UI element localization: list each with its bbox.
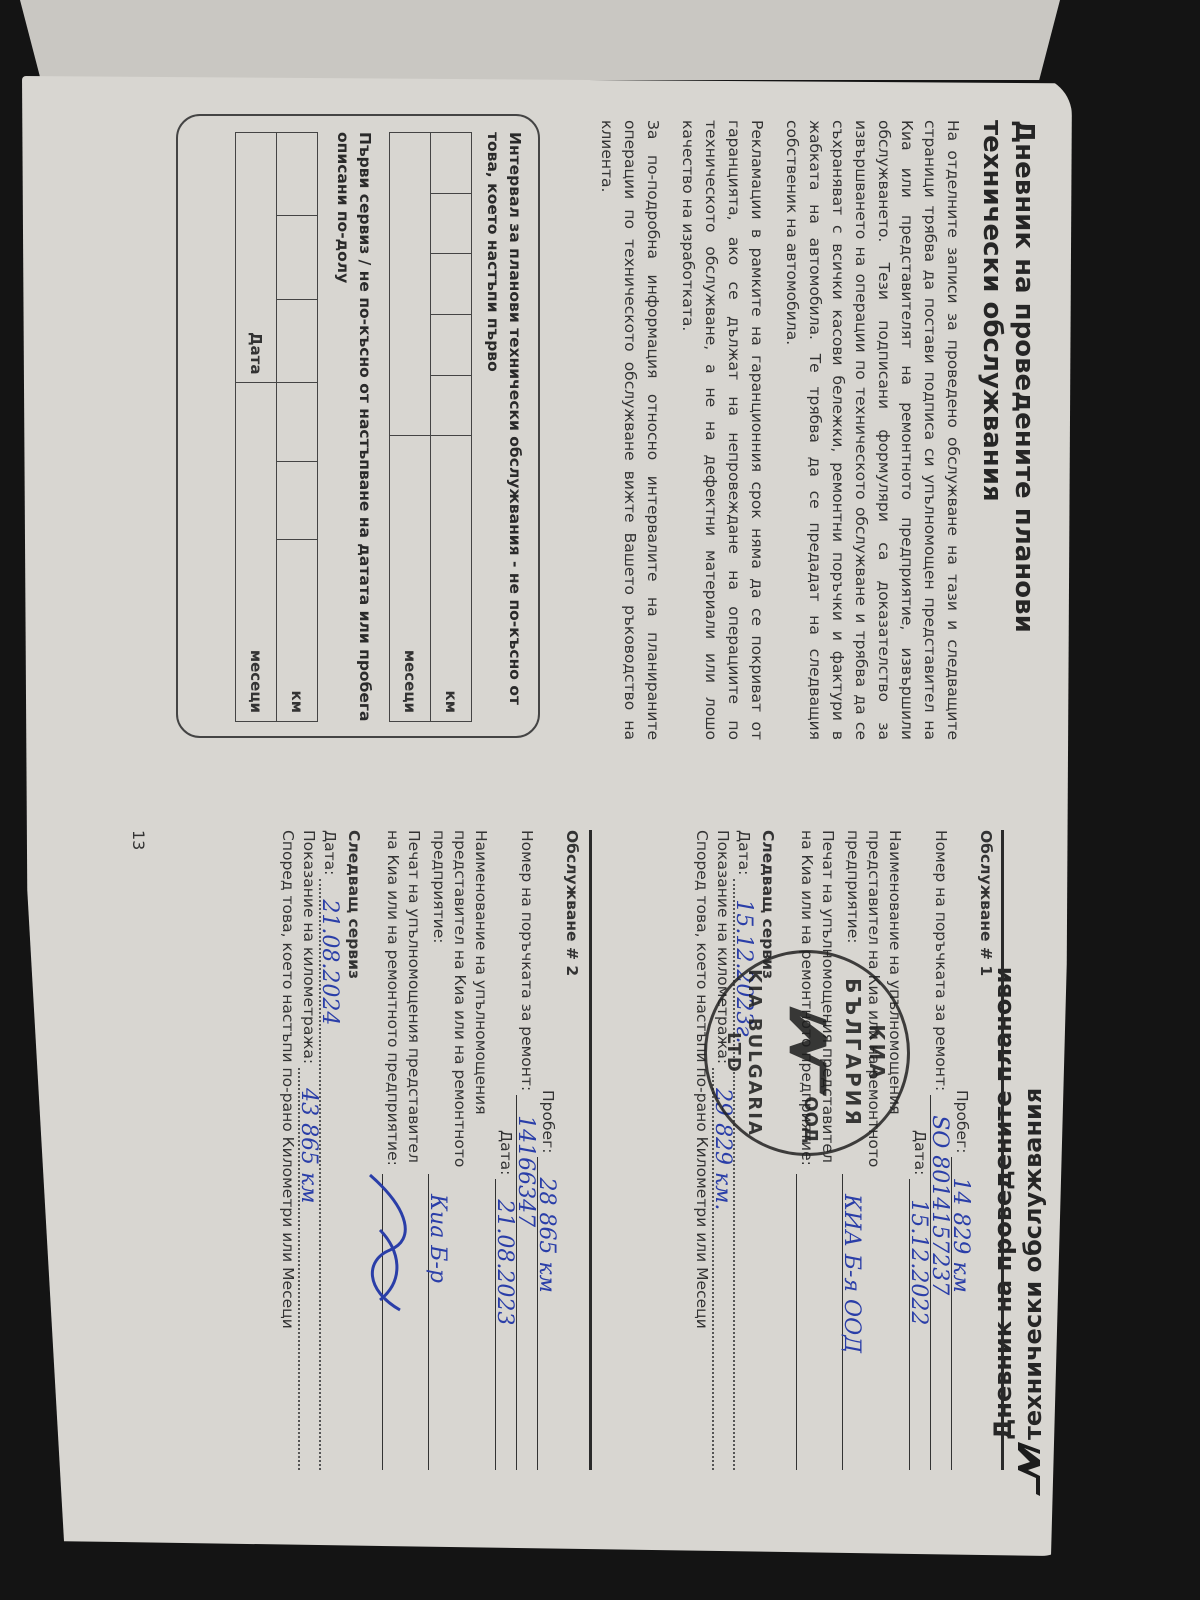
next-service-heading: Следващ сервиз [343, 830, 364, 1470]
booklet-spread: Дневник на проведените планови техническ… [100, 90, 1060, 1530]
left-page: Дневник на проведените планови техническ… [100, 90, 1060, 790]
repair-order-field: Номер на поръчката за ремонт: 14166347 [516, 830, 537, 1470]
next-service-note: Според това, което настъпи по-рано Килом… [691, 830, 712, 1470]
km-cell[interactable] [277, 299, 318, 383]
km-label: км [277, 540, 318, 722]
km-cell[interactable] [431, 193, 472, 254]
mileage-field: Пробег: 14 829 км [951, 830, 972, 1470]
dealer-stamp-field: Печат на упълномощения представител на К… [382, 830, 424, 1470]
km-cell[interactable] [277, 461, 318, 539]
handwritten-value: 15.12.2022 [908, 1199, 929, 1325]
page-title: Дневник на проведените планови техническ… [976, 120, 1040, 760]
paragraph: За по-подробна информация относно интерв… [595, 120, 664, 740]
page-title-mirrored: Дневник на проведените планови техническ… [988, 820, 1048, 1440]
repair-order-field: Номер на поръчката за ремонт: SO 8014157… [930, 830, 951, 1470]
dealer-name-field: Наименование на упълномощения представит… [428, 830, 491, 1470]
service-heading: Обслужване # 1 [975, 830, 996, 1470]
kia-logo-icon [781, 1003, 835, 1103]
previous-page-edge [20, 0, 1060, 80]
km-cell[interactable] [431, 133, 472, 194]
km-cell[interactable] [431, 375, 472, 436]
interval-table: км месеци [389, 132, 472, 722]
table-row: км [431, 133, 472, 722]
dealer-stamp: КИА БЪЛГАРИЯ ООД KIA BULGARIA LTD [704, 950, 910, 1156]
handwritten-value: 43 865 км [298, 1088, 319, 1203]
section-rule [589, 830, 592, 1470]
date-label: Дата [236, 133, 277, 383]
paragraph: На отделните записи за проведено обслужв… [780, 120, 964, 740]
table-row: месеци [390, 133, 431, 722]
handwritten-value: КИА Б-я ООД [841, 1194, 862, 1353]
next-service-note: Според това, което настъпи по-рано Килом… [277, 830, 298, 1470]
section-rule [1001, 830, 1004, 1470]
interval-title: Интервал за планови технически обслужван… [482, 132, 526, 722]
km-cell[interactable] [277, 383, 318, 461]
first-service-table: км Дата месеци [235, 132, 318, 722]
km-label: км [431, 436, 472, 722]
page-number: 13 [129, 830, 148, 850]
months-cell[interactable] [390, 133, 431, 436]
km-cell[interactable] [277, 133, 318, 216]
km-cell[interactable] [431, 254, 472, 315]
first-service-title: Първи сервиз / не по-късно от настъпване… [332, 132, 376, 722]
table-row: км [277, 133, 318, 722]
months-label: месеци [390, 436, 431, 722]
kia-logo-icon [1016, 1440, 1042, 1500]
handwritten-value: Киа Б-р [427, 1194, 448, 1283]
service-entry-2: Обслужване # 2 Пробег: 28 865 км Номер н… [277, 830, 582, 1470]
handwritten-value: 14166347 [515, 1115, 536, 1227]
interval-box: Интервал за планови технически обслужван… [176, 114, 540, 738]
instructions-text: На отделните записи за проведено обслужв… [583, 120, 964, 740]
handwritten-value: 21.08.2023 [494, 1199, 515, 1325]
table-row: Дата месеци [236, 133, 277, 722]
paragraph: Рекламации в рамките на гаранционния сро… [676, 120, 768, 740]
right-page: Дневник на проведените планови техническ… [100, 790, 1060, 1530]
service-heading: Обслужване # 2 [561, 830, 582, 1470]
months-label: месеци [236, 383, 277, 722]
handwritten-value: SO 8014157237 [929, 1115, 950, 1295]
km-cell[interactable] [277, 216, 318, 299]
handwritten-value: 14 829 км [950, 1177, 971, 1292]
signature [360, 1170, 420, 1320]
next-km-field: Показание на километража: 43 865 км [298, 830, 319, 1470]
km-cell[interactable] [431, 314, 472, 375]
handwritten-value: 28 865 км [536, 1177, 557, 1292]
mileage-field: Пробег: 28 865 км [537, 830, 558, 1470]
handwritten-value: 21.08.2024 [319, 899, 340, 1025]
next-date-field: Дата: 21.08.2024 [319, 830, 340, 1470]
